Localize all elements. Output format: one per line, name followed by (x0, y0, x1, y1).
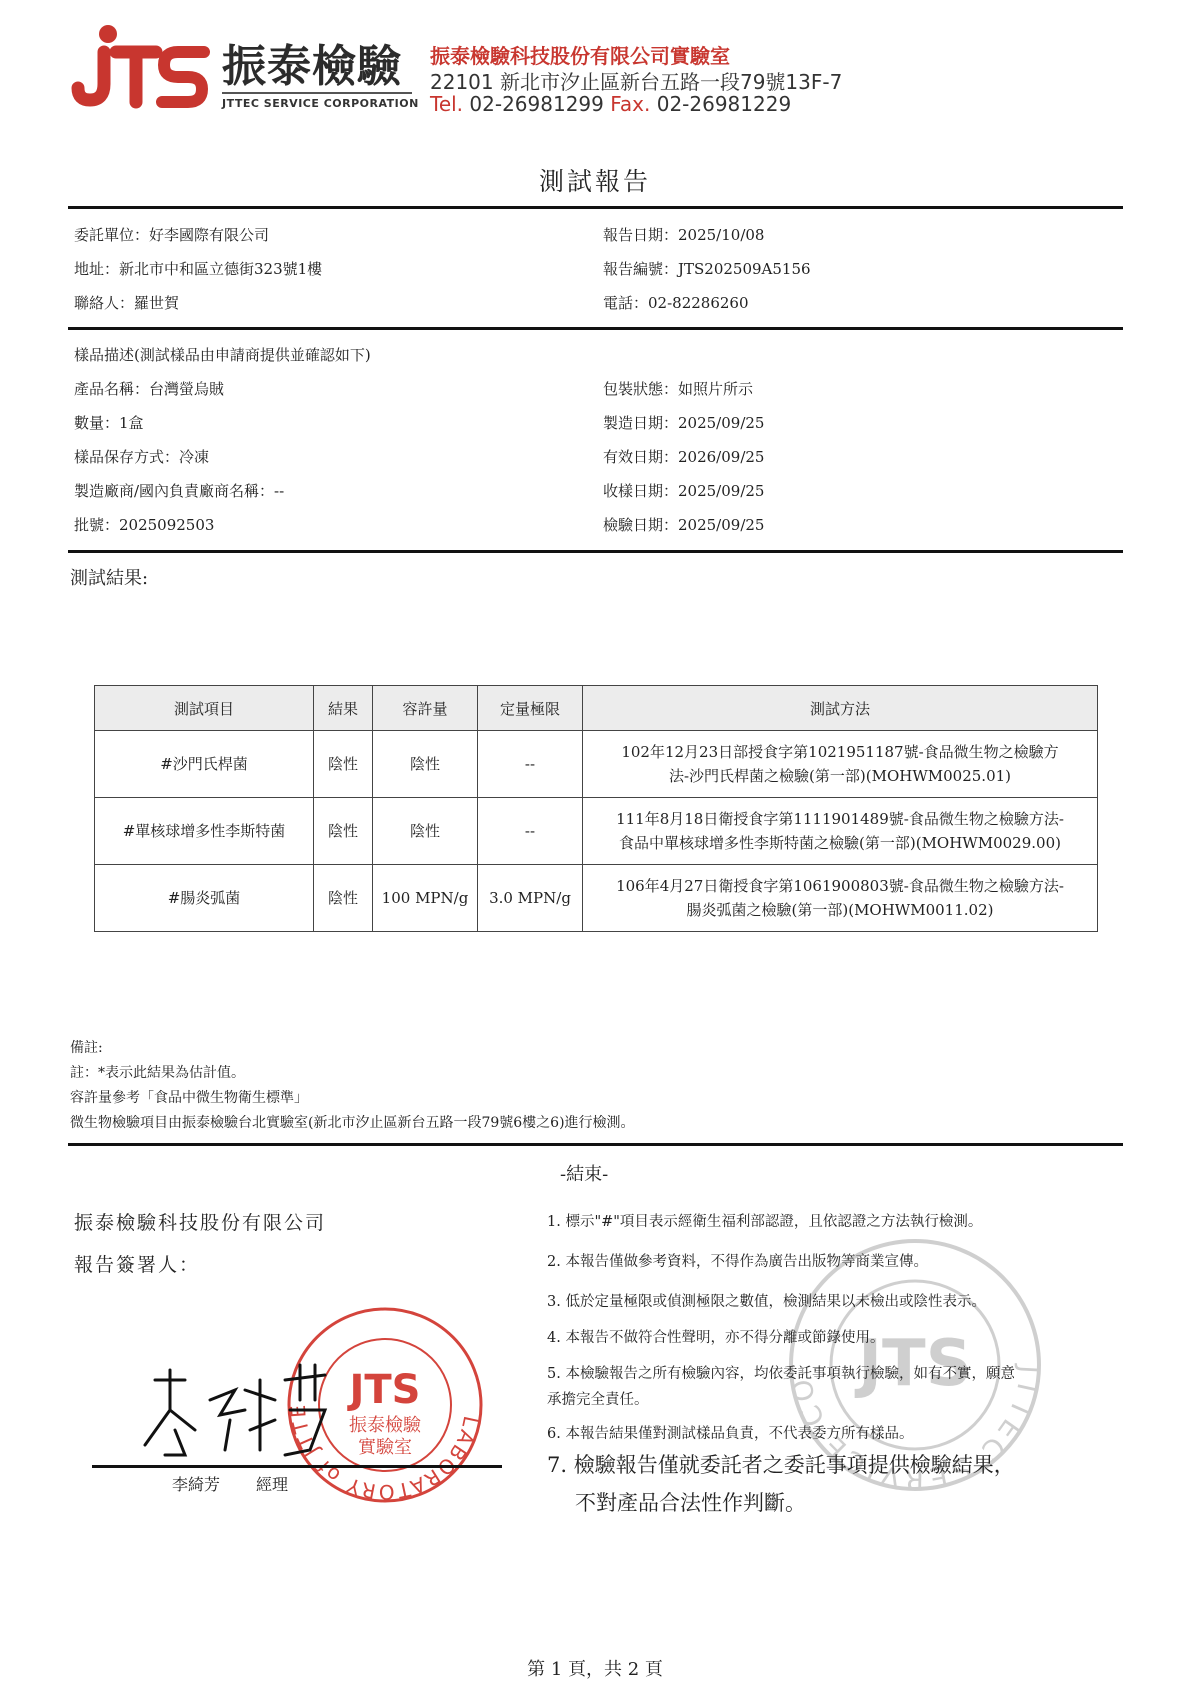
cell-item: #單核球增多性李斯特菌 (95, 798, 314, 865)
col-header-item: 測試項目 (95, 686, 314, 731)
cell-method: 111年8月18日衛授食字第1111901489號-食品微生物之檢驗方法- 食品… (583, 798, 1098, 865)
test-date: 檢驗日期：2025/09/25 (603, 514, 764, 535)
signing-company: 振泰檢驗科技股份有限公司 (74, 1208, 326, 1235)
batch-number: 批號：2025092503 (74, 514, 214, 535)
cell-limit: 100 MPN/g (373, 865, 478, 932)
fax-number: 02-26981229 (657, 92, 791, 116)
cell-loq: 3.0 MPN/g (478, 865, 583, 932)
signer-title: 經理 (256, 1472, 288, 1495)
lab-contact: Tel. 02-26981299 Fax. 02-26981229 (430, 92, 791, 116)
svg-text:實驗室: 實驗室 (358, 1437, 412, 1458)
disclaimer-5: 5. 本檢驗報告之所有檢驗內容，均依委託事項執行檢驗，如有不實，願意 (547, 1362, 1015, 1383)
table-row: #單核球增多性李斯特菌 陰性 陰性 -- 111年8月18日衛授食字第11119… (95, 798, 1098, 865)
cell-result: 陰性 (314, 798, 373, 865)
col-header-limit: 容許量 (373, 686, 478, 731)
results-heading: 測試結果: (70, 564, 148, 590)
notes-section: 備註: 註：*表示此結果為估計值。 容許量參考「食品中微生物衛生標準」 微生物檢… (70, 1036, 635, 1136)
sample-heading: 樣品描述(測試樣品由申請商提供並確認如下) (74, 344, 371, 365)
disclaimer-7-cont: 不對產品合法性作判斷。 (575, 1484, 806, 1522)
note-line: 註：*表示此結果為估計值。 (70, 1061, 635, 1086)
divider (68, 327, 1123, 330)
method-line: 111年8月18日衛授食字第1111901489號-食品微生物之檢驗方法- (589, 807, 1091, 831)
client-address: 地址：新北市中和區立德街323號1樓 (74, 258, 322, 279)
report-title: 測試報告 (0, 162, 1190, 198)
client-contact: 聯絡人：羅世賀 (74, 292, 179, 313)
tel-number: 02-26981299 (469, 92, 603, 116)
svg-text:振泰檢驗: 振泰檢驗 (349, 1415, 422, 1436)
note-line: 容許量參考「食品中微生物衛生標準」 (70, 1086, 635, 1111)
signer-name: 李綺芳 (172, 1472, 220, 1495)
client-unit: 委託單位：好李國際有限公司 (74, 224, 269, 245)
note-line: 微生物檢驗項目由振泰檢驗台北實驗室(新北市汐止區新台五路一段79號6樓之6)進行… (70, 1111, 635, 1136)
cell-item: #腸炎弧菌 (95, 865, 314, 932)
signer-label: 報告簽署人： (74, 1250, 200, 1277)
results-table: 測試項目 結果 容許量 定量極限 測試方法 #沙門氏桿菌 陰性 陰性 -- 10… (94, 685, 1098, 932)
method-line: 102年12月23日部授食字第1021951187號-食品微生物之檢驗方 (589, 740, 1091, 764)
lab-company-name: 振泰檢驗科技股份有限公司實驗室 (430, 40, 730, 69)
svg-text:JTS: JTS (347, 1367, 421, 1413)
cell-method: 106年4月27日衛授食字第1061900803號-食品微生物之檢驗方法- 腸炎… (583, 865, 1098, 932)
report-date: 報告日期：2025/10/08 (603, 224, 764, 245)
report-number: 報告編號：JTS202509A5156 (603, 258, 811, 279)
cell-result: 陰性 (314, 731, 373, 798)
lab-address: 22101 新北市汐止區新台五路一段79號13F-7 (430, 66, 842, 95)
handwritten-signature-icon (125, 1360, 335, 1460)
col-header-result: 結果 (314, 686, 373, 731)
disclaimer-1: 1. 標示"#"項目表示經衛生福利部認證，且依認證之方法執行檢測。 (547, 1210, 982, 1231)
quantity: 數量：1盒 (74, 412, 144, 433)
cell-limit: 陰性 (373, 798, 478, 865)
manufacturer: 製造廠商/國內負責廠商名稱：-- (74, 480, 284, 501)
disclaimer-4: 4. 本報告不做符合性聲明，亦不得分離或節錄使用。 (547, 1326, 884, 1347)
page-number: 第 1 頁，共 2 頁 (0, 1655, 1190, 1681)
cell-item: #沙門氏桿菌 (95, 731, 314, 798)
disclaimer-7: 7. 檢驗報告僅就委託者之委託事項提供檢驗結果， (547, 1446, 1015, 1484)
fax-label: Fax. (610, 92, 650, 116)
brand-name-en: JTTEC SERVICE CORPORATION (222, 97, 419, 110)
tel-label: Tel. (430, 92, 463, 116)
client-phone: 電話：02-82286260 (603, 292, 749, 313)
cell-loq: -- (478, 731, 583, 798)
signature-line (92, 1465, 502, 1468)
disclaimer-3: 3. 低於定量極限或偵測極限之數值，檢測結果以未檢出或陰性表示。 (547, 1290, 986, 1311)
disclaimer-6: 6. 本報告結果僅對測試樣品負責，不代表委方所有樣品。 (547, 1422, 913, 1443)
table-row: #腸炎弧菌 陰性 100 MPN/g 3.0 MPN/g 106年4月27日衛授… (95, 865, 1098, 932)
col-header-loq: 定量極限 (478, 686, 583, 731)
storage-method: 樣品保存方式：冷凍 (74, 446, 209, 467)
disclaimer-2: 2. 本報告僅做參考資料，不得作為廣告出版物等商業宣傳。 (547, 1250, 928, 1271)
expiry-date: 有效日期：2026/09/25 (603, 446, 764, 467)
method-line: 106年4月27日衛授食字第1061900803號-食品微生物之檢驗方法- (589, 874, 1091, 898)
cell-loq: -- (478, 798, 583, 865)
brand-divider (222, 92, 412, 94)
received-date: 收樣日期：2025/09/25 (603, 480, 764, 501)
table-header-row: 測試項目 結果 容許量 定量極限 測試方法 (95, 686, 1098, 731)
notes-heading: 備註: (70, 1036, 635, 1061)
packaging-status: 包裝狀態：如照片所示 (603, 378, 753, 399)
divider (68, 1143, 1123, 1146)
product-name: 產品名稱：台灣螢烏賊 (74, 378, 224, 399)
jts-logo-icon (70, 22, 210, 112)
divider (68, 550, 1123, 553)
cell-result: 陰性 (314, 865, 373, 932)
divider (68, 206, 1123, 209)
end-marker: -結束- (560, 1160, 608, 1186)
method-line: 法-沙門氏桿菌之檢驗(第一部)(MOHWM0025.01) (589, 764, 1091, 788)
brand-name-cn: 振泰檢驗 (222, 30, 402, 94)
col-header-method: 測試方法 (583, 686, 1098, 731)
method-line: 食品中單核球增多性李斯特菌之檢驗(第一部)(MOHWM0029.00) (589, 831, 1091, 855)
cell-method: 102年12月23日部授食字第1021951187號-食品微生物之檢驗方 法-沙… (583, 731, 1098, 798)
disclaimer-5-cont: 承擔完全責任。 (547, 1388, 649, 1409)
method-line: 腸炎弧菌之檢驗(第一部)(MOHWM0011.02) (589, 898, 1091, 922)
manufacture-date: 製造日期：2025/09/25 (603, 412, 764, 433)
table-row: #沙門氏桿菌 陰性 陰性 -- 102年12月23日部授食字第102195118… (95, 731, 1098, 798)
cell-limit: 陰性 (373, 731, 478, 798)
